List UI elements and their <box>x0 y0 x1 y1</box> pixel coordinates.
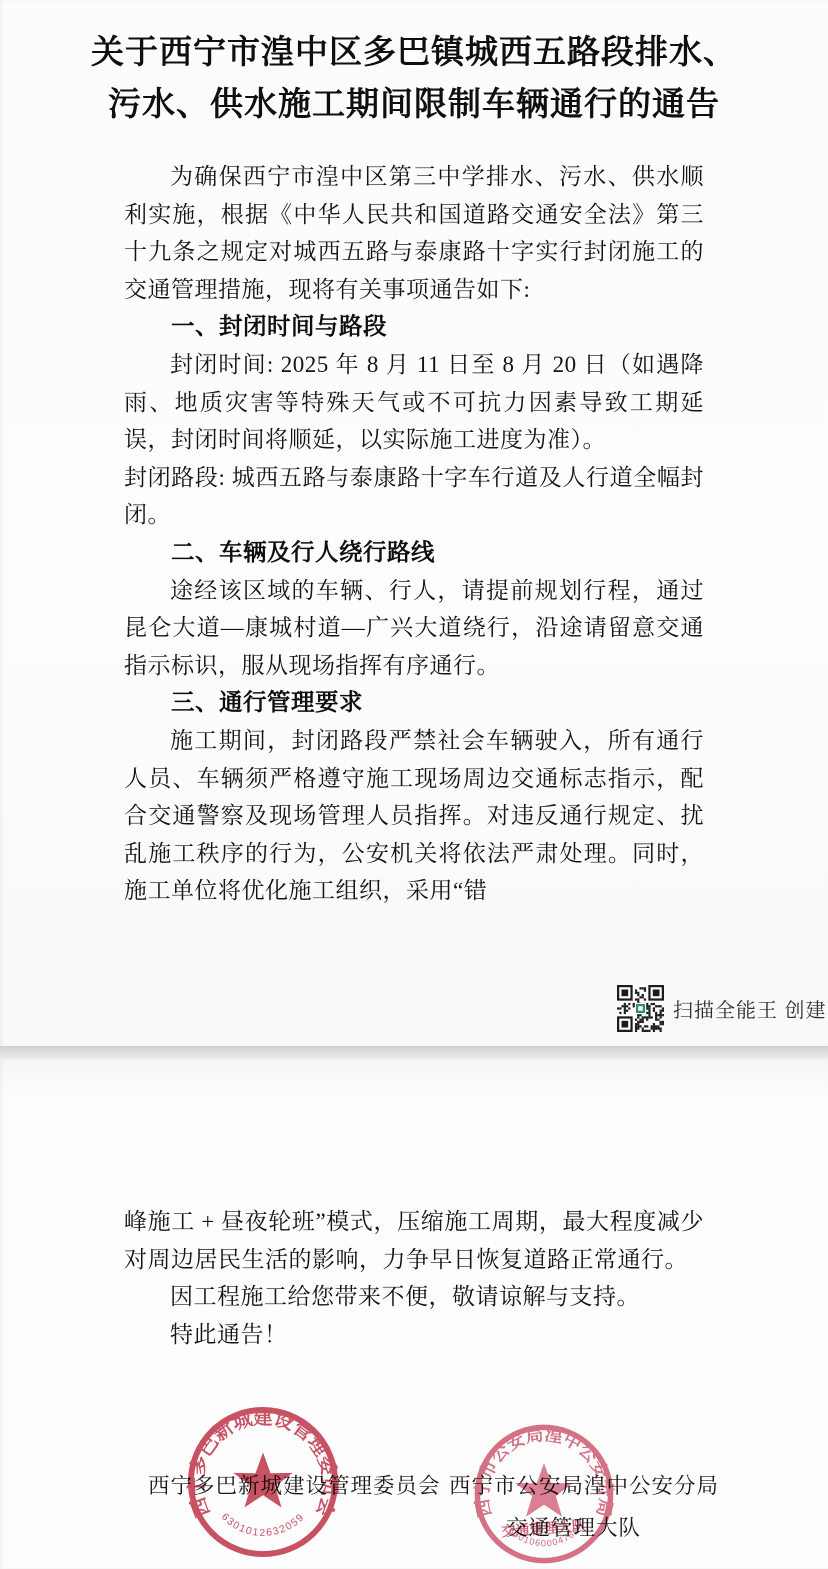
apology-paragraph: 因工程施工给您带来不便，敬请谅解与支持。 <box>124 1278 704 1316</box>
page-title: 关于西宁市湟中区多巴镇城西五路段排水、 污水、供水施工期间限制车辆通行的通告 <box>60 26 768 130</box>
seal-left-number: 6301012632059 <box>219 1512 307 1539</box>
svg-text:6301012632059: 6301012632059 <box>219 1512 307 1539</box>
seal-right-star <box>515 1463 573 1517</box>
closure-time-paragraph: 封闭时间: 2025 年 8 月 11 日至 8 月 20 日（如遇降雨、地质灾… <box>124 346 704 459</box>
notice-page-2: 峰施工 + 昼夜轮班”模式，压缩施工周期，最大程度减少对周边居民生活的影响，力争… <box>0 1059 828 1569</box>
continued-paragraph: 峰施工 + 昼夜轮班”模式，压缩施工周期，最大程度减少对周边居民生活的影响，力争… <box>124 1203 704 1278</box>
official-seal-right: 西宁市公安局湟中公安分局 交通管理大队 6301060004762 <box>471 1421 617 1567</box>
intro-paragraph: 为确保西宁市湟中区第三中学排水、污水、供水顺利实施，根据《中华人民共和国道路交通… <box>124 158 704 308</box>
section1-heading: 一、封闭时间与路段 <box>124 308 704 346</box>
watermark-label: 扫描全能王 创建 <box>673 994 827 1023</box>
detour-paragraph: 途经该区域的车辆、行人，请提前规划行程，通过昆仑大道—康城村道—广兴大道绕行，沿… <box>124 572 704 685</box>
notice-body-page2: 峰施工 + 昼夜轮班”模式，压缩施工周期，最大程度减少对周边居民生活的影响，力争… <box>124 1203 704 1353</box>
section3-heading: 三、通行管理要求 <box>124 684 704 722</box>
title-line-1: 关于西宁市湟中区多巴镇城西五路段排水、 <box>60 26 768 78</box>
qr-code-icon <box>617 985 664 1032</box>
notice-page-1: 关于西宁市湟中区多巴镇城西五路段排水、 污水、供水施工期间限制车辆通行的通告 为… <box>0 0 828 1046</box>
official-seal-left: 西宁多巴新城建设管理委员会 6301012632059 <box>184 1403 342 1561</box>
section2-heading: 二、车辆及行人绕行路线 <box>124 534 704 572</box>
seal-left-star <box>233 1452 292 1507</box>
notice-body-page1: 为确保西宁市湟中区第三中学排水、污水、供水顺利实施，根据《中华人民共和国道路交通… <box>124 158 704 910</box>
title-line-2: 污水、供水施工期间限制车辆通行的通告 <box>60 78 768 130</box>
management-paragraph: 施工期间，封闭路段严禁社会车辆驶入，所有通行人员、车辆须严格遵守施工现场周边交通… <box>124 722 704 910</box>
closure-road-paragraph: 封闭路段: 城西五路与泰康路十字车行道及人行道全幅封闭。 <box>124 459 704 534</box>
hereby-paragraph: 特此通告！ <box>124 1316 704 1354</box>
camscanner-watermark: 扫描全能王 创建 <box>617 985 827 1032</box>
page-break-divider <box>0 1046 828 1059</box>
